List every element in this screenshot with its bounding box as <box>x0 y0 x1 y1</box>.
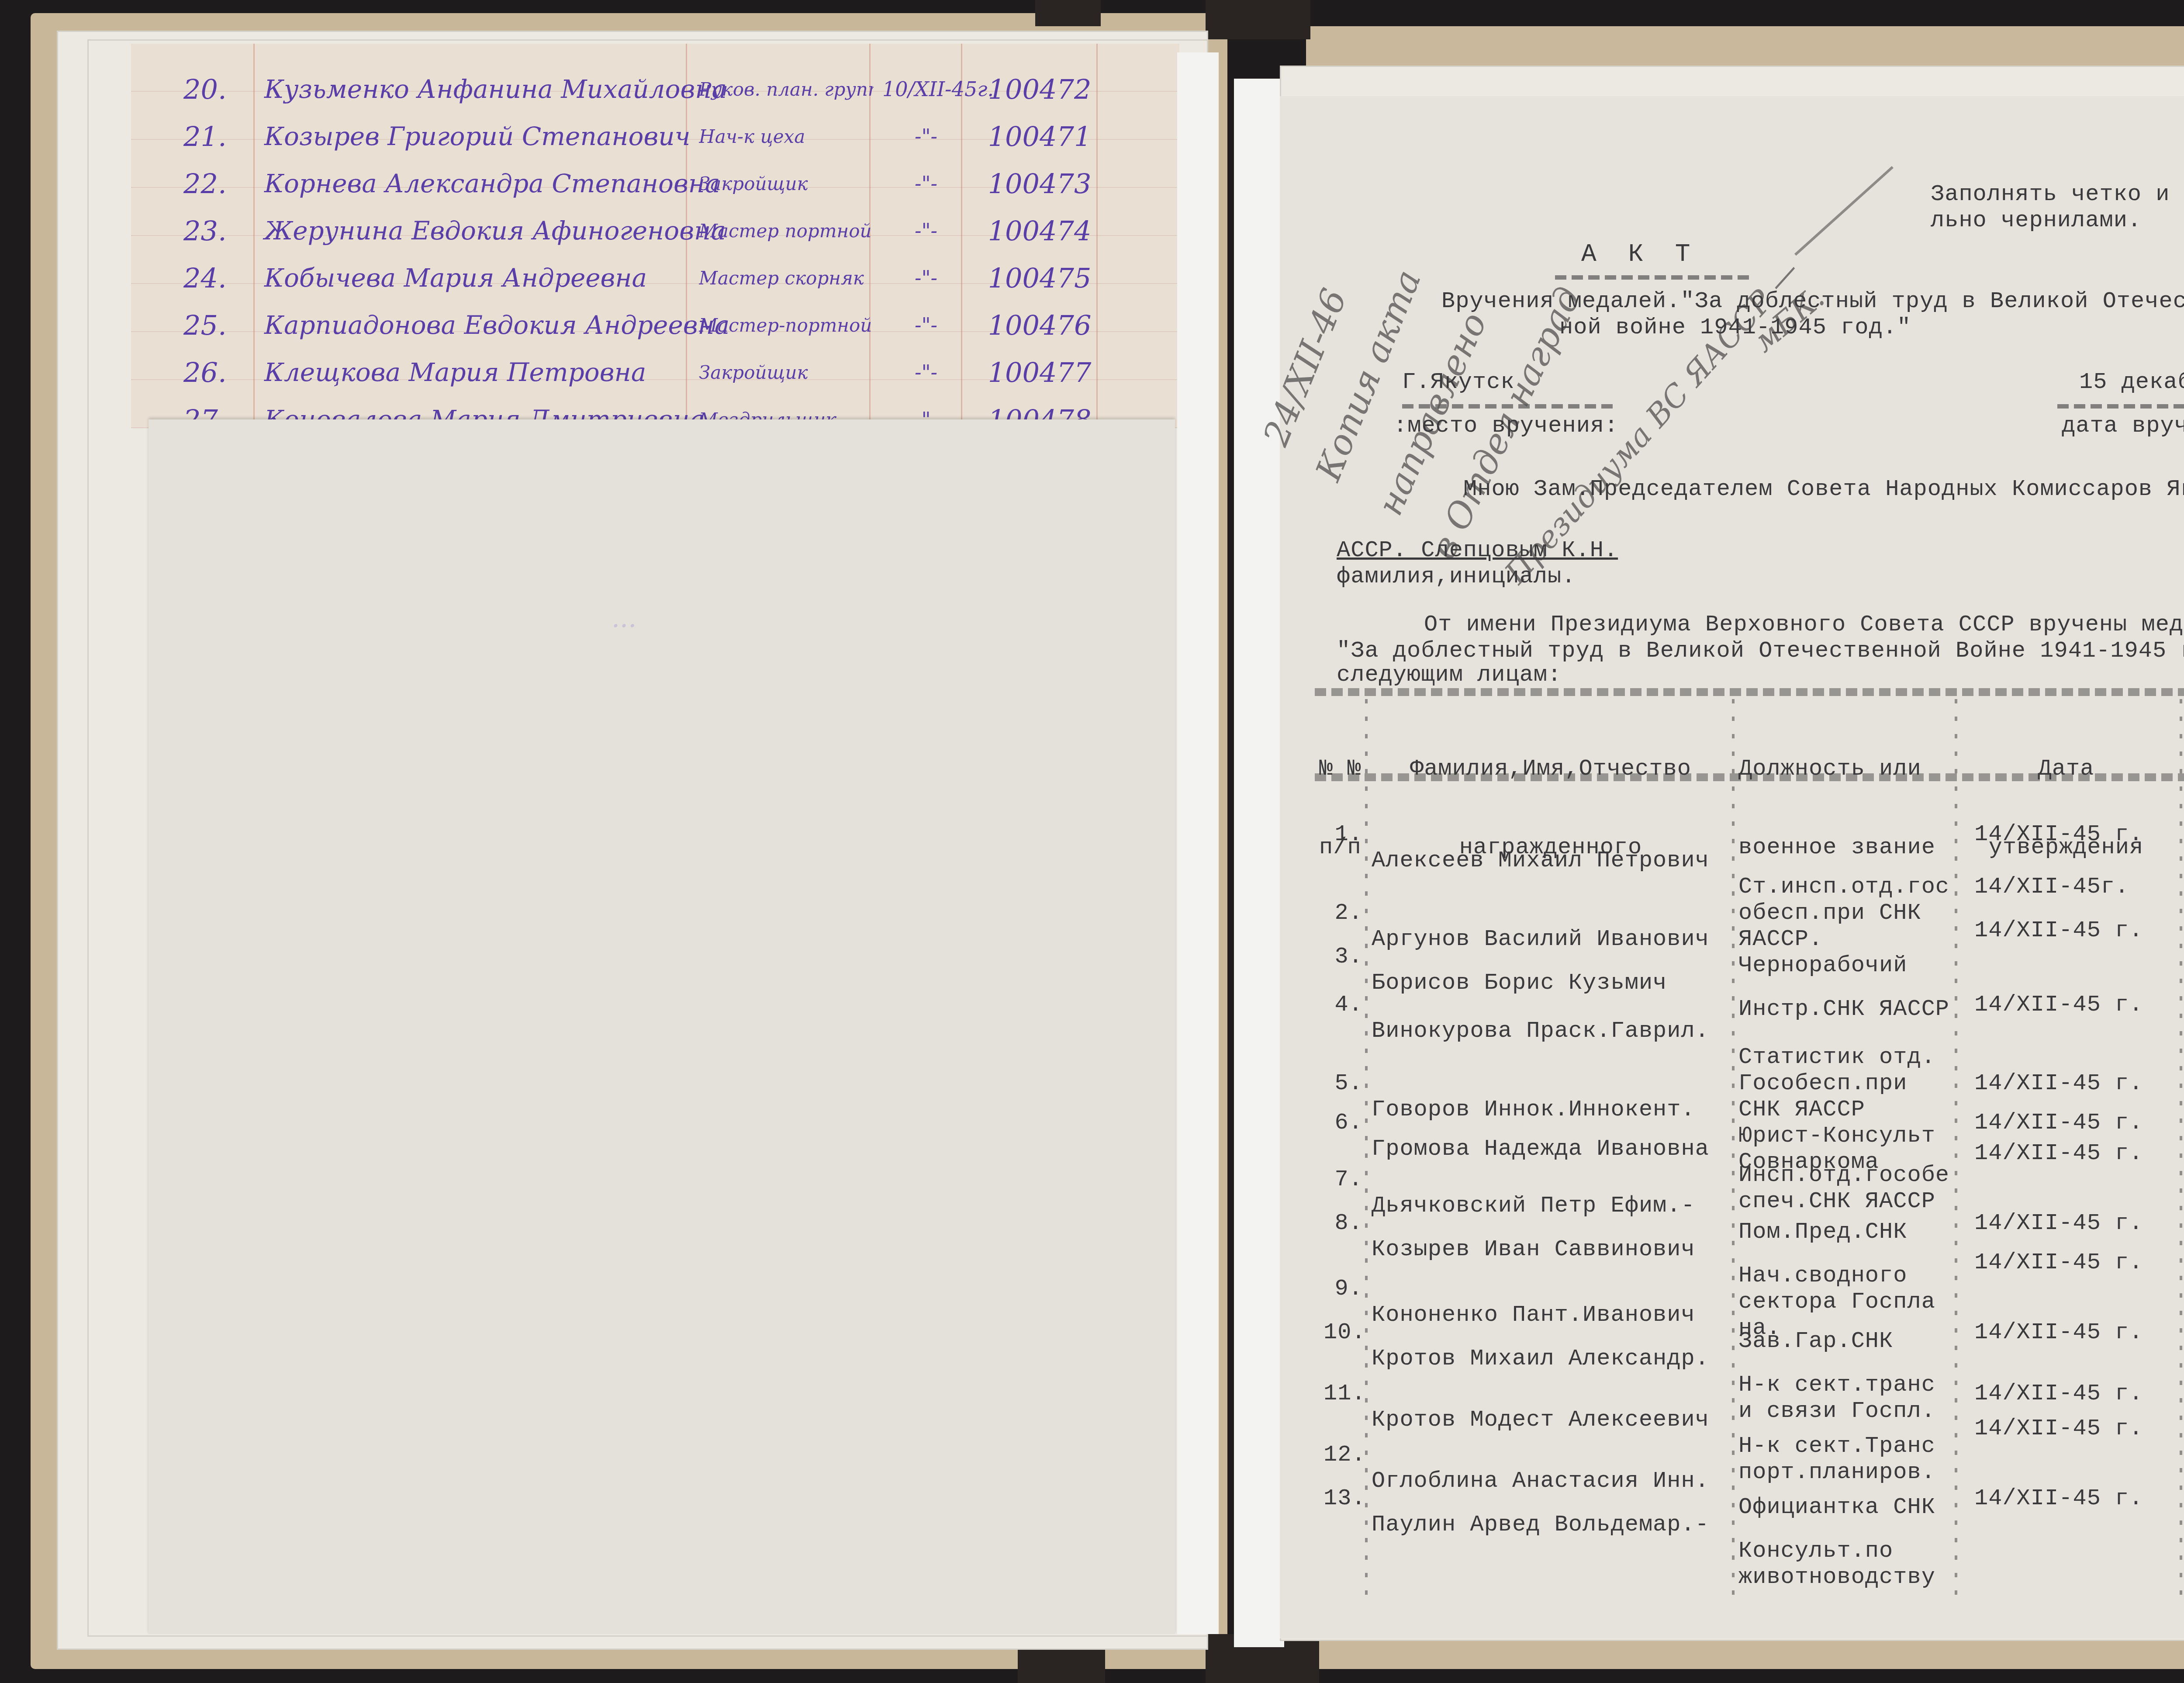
date-value: 15 декабря 1945 г <box>2079 369 2184 395</box>
certificate-number: 100475 <box>974 262 1105 294</box>
title-underline <box>1555 275 1752 280</box>
awardee-name: Говоров Иннок.Иннокент. <box>1372 1097 1695 1123</box>
column-separator <box>1955 699 1957 1599</box>
binder-clip-top-left <box>1035 0 1101 26</box>
header-num-line: № № <box>1319 756 1375 782</box>
row-number: 20. <box>183 73 236 105</box>
place-value: Г.Якутск <box>1402 369 1515 395</box>
row-number: 23. <box>183 215 236 247</box>
ink-bleed-through: ... <box>612 603 636 634</box>
act-subtitle-line-2: ной войне 1941-1945 год." <box>1559 315 1911 340</box>
approval-date: -"- <box>882 172 970 195</box>
typed-act-page: 15 Заполнять четко и обязате- льно черни… <box>1280 96 2184 1638</box>
awardee-position: Пом.Пред.СНК <box>1738 1219 1907 1245</box>
awardee-position: Мастер портной <box>699 220 874 242</box>
handwritten-row: 21. Козырев Григорий Степанович Нач-к це… <box>131 113 1179 160</box>
awardee-position: Инстр.СНК ЯАССР <box>1738 996 1949 1022</box>
guard-strip-right <box>1234 79 1284 1647</box>
binder-clip-bottom-left <box>1018 1647 1105 1683</box>
awardee-name: Борисов Борис Кузьмич <box>1372 970 1667 996</box>
awardee-position: Статистик отд. Гособесп.при СНК ЯАССР <box>1738 1044 1935 1123</box>
awardee-position: Н-к сект.транс и связи Госпл. <box>1738 1372 1935 1424</box>
approval-date: 14/XII-45г. <box>1974 874 2129 900</box>
presenter-name: АССР. Слепцовым К.Н. <box>1337 537 1618 563</box>
certificate-number: 100476 <box>974 309 1105 341</box>
awardee-name: Громова Надежда Ивановна <box>1372 1136 1709 1162</box>
place-label: :место вручения: <box>1393 413 1618 439</box>
place-underline <box>1402 404 1616 409</box>
approval-date: -"- <box>882 219 970 242</box>
awardee-position: Закройщик <box>699 362 874 383</box>
handwritten-award-list-sheet: 20. Кузьменко Анфанина Михайловна Руков.… <box>131 44 1179 428</box>
awardee-position: Консульт.по животноводству <box>1738 1538 1935 1590</box>
header-date-line: Дата <box>1961 756 2171 782</box>
approval-date: 14/XII-45 г. <box>1974 1070 2143 1097</box>
blank-overlay-sheet: ... <box>149 419 1175 1634</box>
header-position-line: Должность или <box>1738 756 1935 782</box>
certificate-number: 100477 <box>974 357 1105 388</box>
awardee-name: Винокурова Праск.Гаврил. <box>1372 1018 1709 1044</box>
awardee-position: Мастер-портной <box>699 315 874 336</box>
approval-date: 10/XII-45г. <box>882 77 970 101</box>
approval-date: 14/XII-45 г. <box>1974 1381 2143 1407</box>
row-number: 21. <box>183 121 236 152</box>
awardee-position: Ст.инсп.отд.гос обесп.при СНК ЯАССР. <box>1738 874 1949 952</box>
approval-date: 14/XII-45 г. <box>1974 1210 2143 1236</box>
header-name: Фамилия,Имя,Отчество награжденного <box>1393 703 1708 913</box>
awardee-name: Аргунов Василий Иванович <box>1372 926 1709 952</box>
awardee-name: Кротов Модест Алексеевич <box>1372 1407 1709 1433</box>
approval-date: 14/XII-45 г. <box>1974 1486 2143 1512</box>
approval-date: 14/XII-45 г. <box>1974 992 2143 1018</box>
certificate-number: 100474 <box>974 215 1105 247</box>
handwritten-row: 24. Кобычева Мария Андреевна Мастер скор… <box>131 254 1179 301</box>
header-position-line: военное звание <box>1738 835 1935 861</box>
handwritten-row: 20. Кузьменко Анфанина Михайловна Руков.… <box>131 66 1179 113</box>
table-row: 13. Паулин Арвед Вольдемар.- Консульт.по… <box>1280 1459 1336 1643</box>
awardee-name: Дьячковский Петр Ефим.- <box>1372 1193 1695 1219</box>
approval-date: -"- <box>882 313 970 337</box>
awardee-position: Инсп.отд.гособе спеч.СНК ЯАССР <box>1738 1162 1949 1215</box>
row-number: 26. <box>183 357 236 388</box>
presenter-intro: Мною Зам.Председателем Совета Народных К… <box>1463 476 2184 502</box>
date-underline <box>2057 404 2184 409</box>
statement-line-3: следующим лицам: <box>1337 662 1562 688</box>
awardee-position: Зав.Гар.СНК <box>1738 1328 1893 1354</box>
act-subtitle-line-1: Вручения медалей."За доблестный труд в В… <box>1441 288 2184 314</box>
awardee-name: Козырев Иван Саввинович <box>1372 1236 1695 1263</box>
approval-date: -"- <box>882 125 970 148</box>
header-name-line: Фамилия,Имя,Отчество <box>1393 756 1708 782</box>
awardee-position: Закройщик <box>699 173 874 194</box>
row-number: 4. <box>1324 992 1363 1018</box>
approval-date: 14/XII-45 г. <box>1974 1110 2143 1136</box>
instruction-line-1: Заполнять четко и обязате- <box>1931 181 2184 207</box>
handwritten-row: 26. Клещкова Мария Петровна Закройщик -"… <box>131 349 1179 396</box>
row-number: 10. <box>1324 1319 1363 1346</box>
pencil-underline <box>1794 166 1894 256</box>
approval-date: 14/XII-45 г. <box>1974 1250 2143 1276</box>
awardee-name: Оглоблина Анастасия Инн. <box>1372 1468 1709 1494</box>
awardee-position: Чернорабочий <box>1738 952 1907 979</box>
awardee-position: Н-к сект.Транс порт.планиров. <box>1738 1433 1935 1486</box>
column-separator <box>2180 699 2182 1599</box>
row-number: 13. <box>1324 1486 1363 1512</box>
approval-date: 14/XII-45 г. <box>1974 1416 2143 1442</box>
handwritten-row: 22. Корнева Александра Степановна Закрой… <box>131 160 1179 207</box>
row-number: 6. <box>1324 1110 1363 1136</box>
handwritten-row: 23. Жерунина Евдокия Афиногеновна Мастер… <box>131 207 1179 254</box>
approval-date: -"- <box>882 360 970 384</box>
binder-clip-top-right <box>1206 0 1310 39</box>
handwritten-row: 25. Карпиадонова Евдокия Андреевна Масте… <box>131 301 1179 349</box>
awardee-position: Нач-к цеха <box>699 126 874 147</box>
statement-line-1: От имени Президиума Верховного Совета СС… <box>1424 612 2184 637</box>
approval-date: 14/XII-45 г. <box>1974 918 2143 944</box>
row-number: 1. <box>1324 821 1363 848</box>
row-number: 24. <box>183 262 236 294</box>
awardee-name: Кононенко Пант.Иванович <box>1372 1302 1695 1328</box>
awardee-position: Официантка СНК <box>1738 1494 1935 1520</box>
statement-line-2: "За доблестный труд в Великой Отечествен… <box>1337 638 2184 664</box>
table-top-rule <box>1315 688 2184 696</box>
approval-date: 14/XII-45 г. <box>1974 1140 2143 1167</box>
guard-strip-left <box>1177 52 1219 1634</box>
approval-date: 14/XII-45 г. <box>1974 1319 2143 1346</box>
row-number: 11. <box>1324 1381 1363 1407</box>
certificate-number: 100473 <box>974 168 1105 200</box>
row-number: 25. <box>183 309 236 341</box>
row-number: 22. <box>183 168 236 200</box>
awardee-name: Паулин Арвед Вольдемар.- <box>1372 1512 1709 1538</box>
presenter-label: фамилия,инициалы. <box>1337 564 1576 589</box>
approval-date: -"- <box>882 266 970 290</box>
certificate-number: 100471 <box>974 121 1105 152</box>
column-separator <box>1732 699 1735 1599</box>
awardee-name: Алексеев Михаил Петрович <box>1372 848 1709 874</box>
awardee-position: Мастер скорняк <box>699 267 874 289</box>
awardee-name: Кротов Михаил Александр. <box>1372 1346 1709 1372</box>
certificate-number: 100472 <box>974 73 1105 105</box>
date-label: дата вручения <box>2062 413 2184 439</box>
row-number: 8. <box>1324 1210 1363 1236</box>
awardee-position: Руков. план. группы <box>699 79 874 100</box>
approval-date: 14/XII-45 г. <box>1974 821 2143 848</box>
act-title: А К Т <box>1581 240 1691 269</box>
instruction-line-2: льно чернилами. <box>1931 208 2142 233</box>
